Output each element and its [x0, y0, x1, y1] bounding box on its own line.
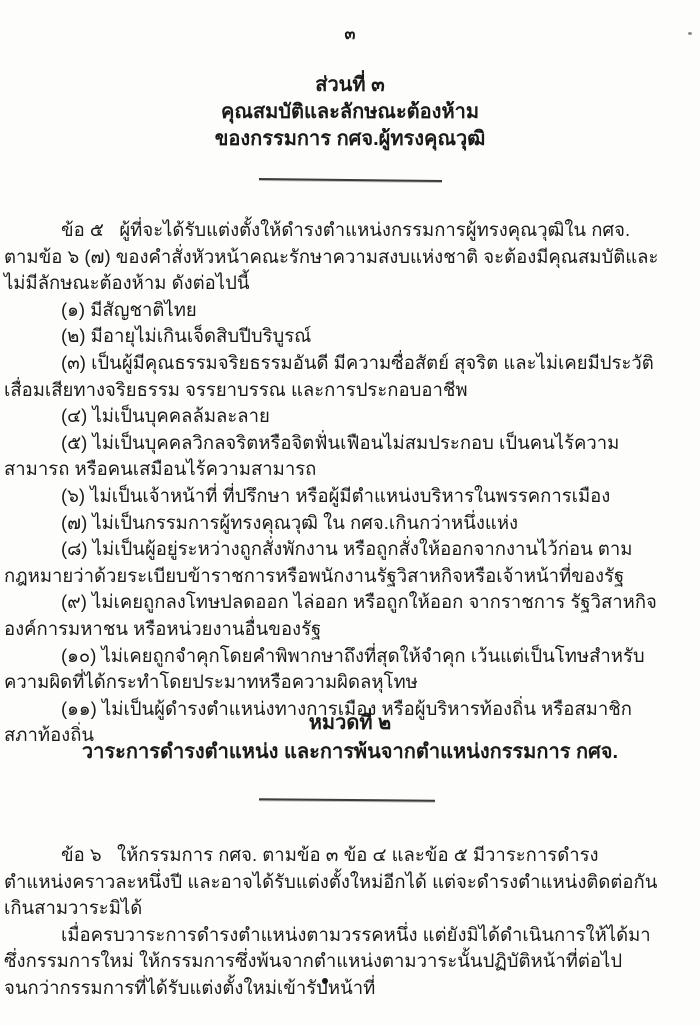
clause5-item-2: (๒) มีอายุไม่เกินเจ็ดสิบปีบริบูรณ์: [4, 323, 664, 350]
scan-speck-bottom: [322, 978, 328, 984]
clause5-item-7: (๗) ไม่เป็นกรรมการผู้ทรงคุณวุฒิ ใน กศจ.เ…: [4, 510, 664, 537]
section-heading: ส่วนที่ ๓ คุณสมบัติและลักษณะต้องห้าม ของ…: [0, 72, 700, 153]
clause5-item-6: (๖) ไม่เป็นเจ้าหน้าที่ ที่ปรึกษา หรือผู้…: [4, 483, 664, 510]
scan-speck-top-right: [688, 32, 692, 35]
section-divider-line: [259, 178, 442, 182]
section-title-committee: ของกรรมการ กศจ.ผู้ทรงคุณวุฒิ: [0, 126, 700, 153]
clause6-block: ข้อ ๖ ให้กรรมการ กศจ. ตามข้อ ๓ ข้อ ๔ และ…: [4, 842, 664, 1002]
clause6-paragraph-1: ข้อ ๖ ให้กรรมการ กศจ. ตามข้อ ๓ ข้อ ๔ และ…: [4, 842, 664, 922]
clause5-block: ข้อ ๕ ผู้ที่จะได้รับแต่งตั้งให้ดำรงตำแหน…: [4, 217, 664, 749]
clause5-item-8: (๘) ไม่เป็นผู้อยู่ระหว่างถูกสั่งพักงาน ห…: [4, 536, 664, 589]
section-title-qualifications: คุณสมบัติและลักษณะต้องห้าม: [0, 99, 700, 126]
clause6-paragraph-2: เมื่อครบวาระการดำรงตำแหน่งตามวรรคหนึ่ง แ…: [4, 922, 664, 1002]
clause5-item-10: (๑๐) ไม่เคยถูกจำคุกโดยคำพิพากษาถึงที่สุด…: [4, 643, 664, 696]
chapter-heading: หมวดที่ ๒ วาระการดำรงตำแหน่ง และการพ้นจา…: [0, 709, 700, 767]
clause5-item-9: (๙) ไม่เคยถูกลงโทษปลดออก ไล่ออก หรือถูกใ…: [4, 589, 664, 642]
chapter-number: หมวดที่ ๒: [0, 709, 700, 738]
chapter-divider-line: [259, 798, 435, 802]
page-number: ๓: [0, 22, 700, 47]
clause5-item-4: (๔) ไม่เป็นบุคคลล้มละลาย: [4, 403, 664, 430]
clause5-item-3: (๓) เป็นผู้มีคุณธรรมจริยธรรมอันดี มีความ…: [4, 350, 664, 403]
document-page: ๓ ส่วนที่ ๓ คุณสมบัติและลักษณะต้องห้าม ข…: [0, 0, 700, 1026]
clause5-item-1: (๑) มีสัญชาติไทย: [4, 297, 664, 324]
clause5-intro-paragraph: ข้อ ๕ ผู้ที่จะได้รับแต่งตั้งให้ดำรงตำแหน…: [4, 217, 664, 297]
section-title-part: ส่วนที่ ๓: [0, 72, 700, 99]
chapter-title: วาระการดำรงตำแหน่ง และการพ้นจากตำแหน่งกร…: [0, 738, 700, 767]
clause5-item-5: (๕) ไม่เป็นบุคคลวิกลจริตหรือจิตฟั่นเฟือน…: [4, 430, 664, 483]
